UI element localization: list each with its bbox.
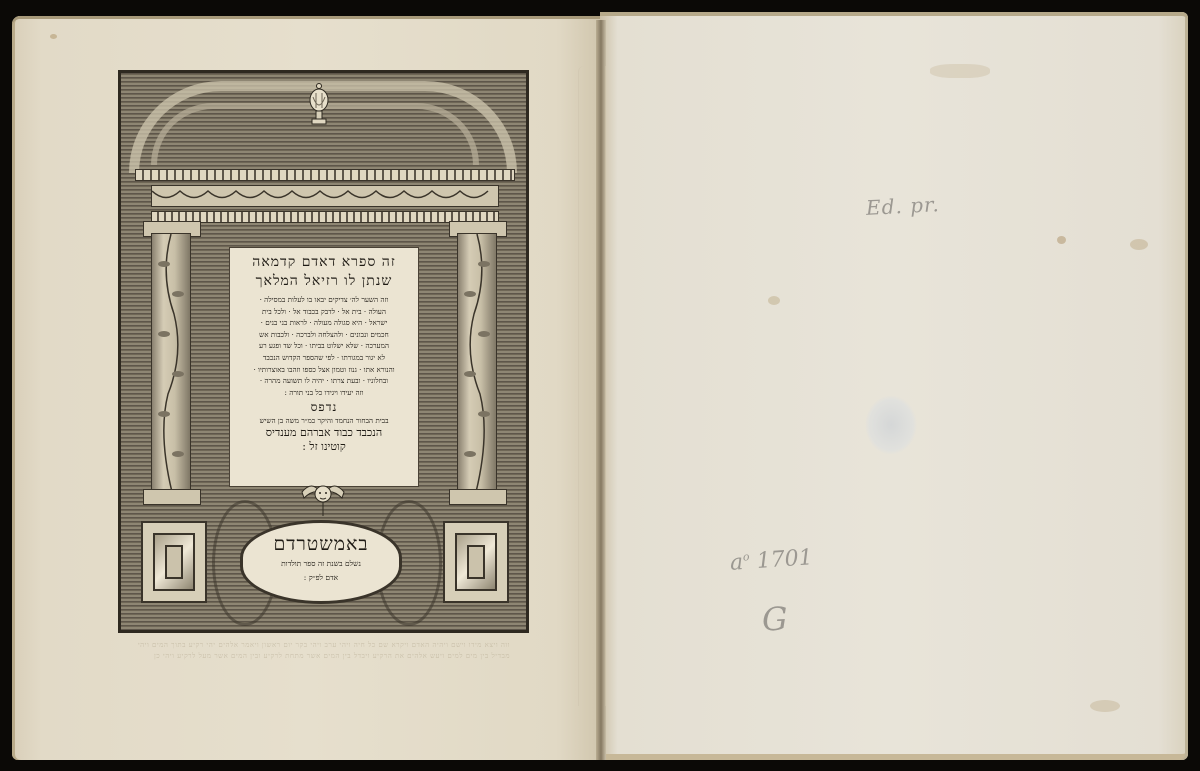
right-page [600,12,1188,760]
dentil-molding [151,211,499,223]
left-column [151,233,191,493]
foxing-spot [1090,700,1120,712]
garland-frieze [151,185,499,207]
title-line-2: שנתן לו רזיאל המלאך [235,273,413,290]
printed-label: נדפס [235,400,413,415]
right-column [457,233,497,493]
foxing-spot [1130,239,1148,250]
date-line-2: אדם לפ״ק : [243,572,399,583]
body-line: וזה השער לה׳ צדיקים יבאו בו לעלות במסילה… [235,294,413,306]
body-line: העולה · בית אל · לדבק בכבוד אל · ולכל בי… [235,306,413,318]
stamp-show-through [865,395,917,455]
body-line: לא יגור במגורתו · לפי שהספר הקדוש הנכבד [235,352,413,364]
title-line-1: זה ספרא דאדם קדמאה [235,254,413,271]
body-line: והנורא אתו · גנוז וטמון אצל כספו וזהבו ב… [235,364,413,376]
right-column-base [449,489,507,505]
printer-line-1: בבית הבחור הנחמד והיקר כמ״ר משה בן השיש [235,415,413,426]
body-line: ובחלוניו · ובעת צרתו · יהיה לו תשועה מהר… [235,375,413,387]
left-plinth [141,521,207,603]
pencil-note-ed-pr: Ed. pr. [865,192,940,220]
winged-cherub-icon [300,478,346,518]
left-column-base [143,489,201,505]
year-value: 1701 [756,545,814,574]
title-body: וזה השער לה׳ צדיקים יבאו בו לעלות במסילה… [235,294,413,398]
pencil-note-letter: G [761,600,788,639]
right-plinth [443,521,509,603]
page-fold [578,66,606,706]
imprint-cartouche: באמשטרדם נשלם בשנת זה ספר תולדות אדם לפ״… [240,520,402,604]
body-line: וזה יעידו ויגידו כל בני תורה : [235,387,413,399]
date-line-1: נשלם בשנת זה ספר תולדות [243,558,399,569]
open-book: ווה ויצא מידו וישם ויהיה האדם ויקרא שם כ… [0,0,1200,771]
foxing-spot [930,64,990,78]
foxing-spot [50,34,57,39]
foxing-spot [768,296,780,305]
urn-icon [307,83,331,127]
foxing-spot [1057,236,1066,244]
city-name: באמשטרדם [243,533,399,555]
year-sup: o [742,550,750,563]
body-line: חכמים ונבונים · ולהצלחה ולברכה · ולכבות … [235,329,413,341]
printer-line-3: קוטינו זל : [235,440,413,454]
body-line: ישראל · היא סגולה מעולה · לראות בני בנים… [235,317,413,329]
cornice-ornament [135,169,515,181]
body-line: המערכה · שלא ישלוט בביתו · וכל שד ופגע ר… [235,340,413,352]
show-through-text: ווה ויצא מידו וישם ויהיה האדם ויקרא שם כ… [130,640,510,720]
printer-line-2: הנכבד כבוד אברהם מענדיס [235,426,413,440]
title-panel: זה ספרא דאדם קדמאה שנתן לו רזיאל המלאך ו… [229,247,419,487]
